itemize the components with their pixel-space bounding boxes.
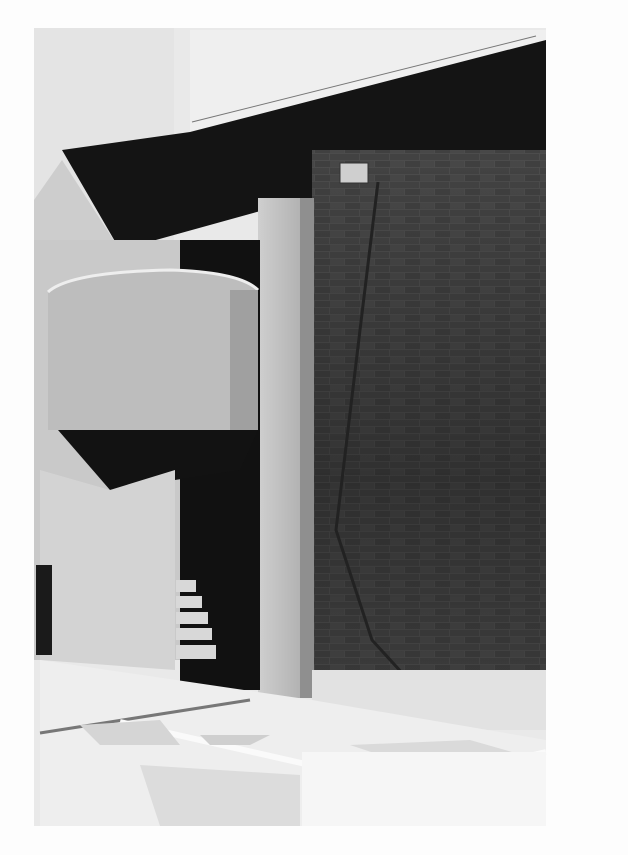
building-photograph (0, 0, 628, 855)
